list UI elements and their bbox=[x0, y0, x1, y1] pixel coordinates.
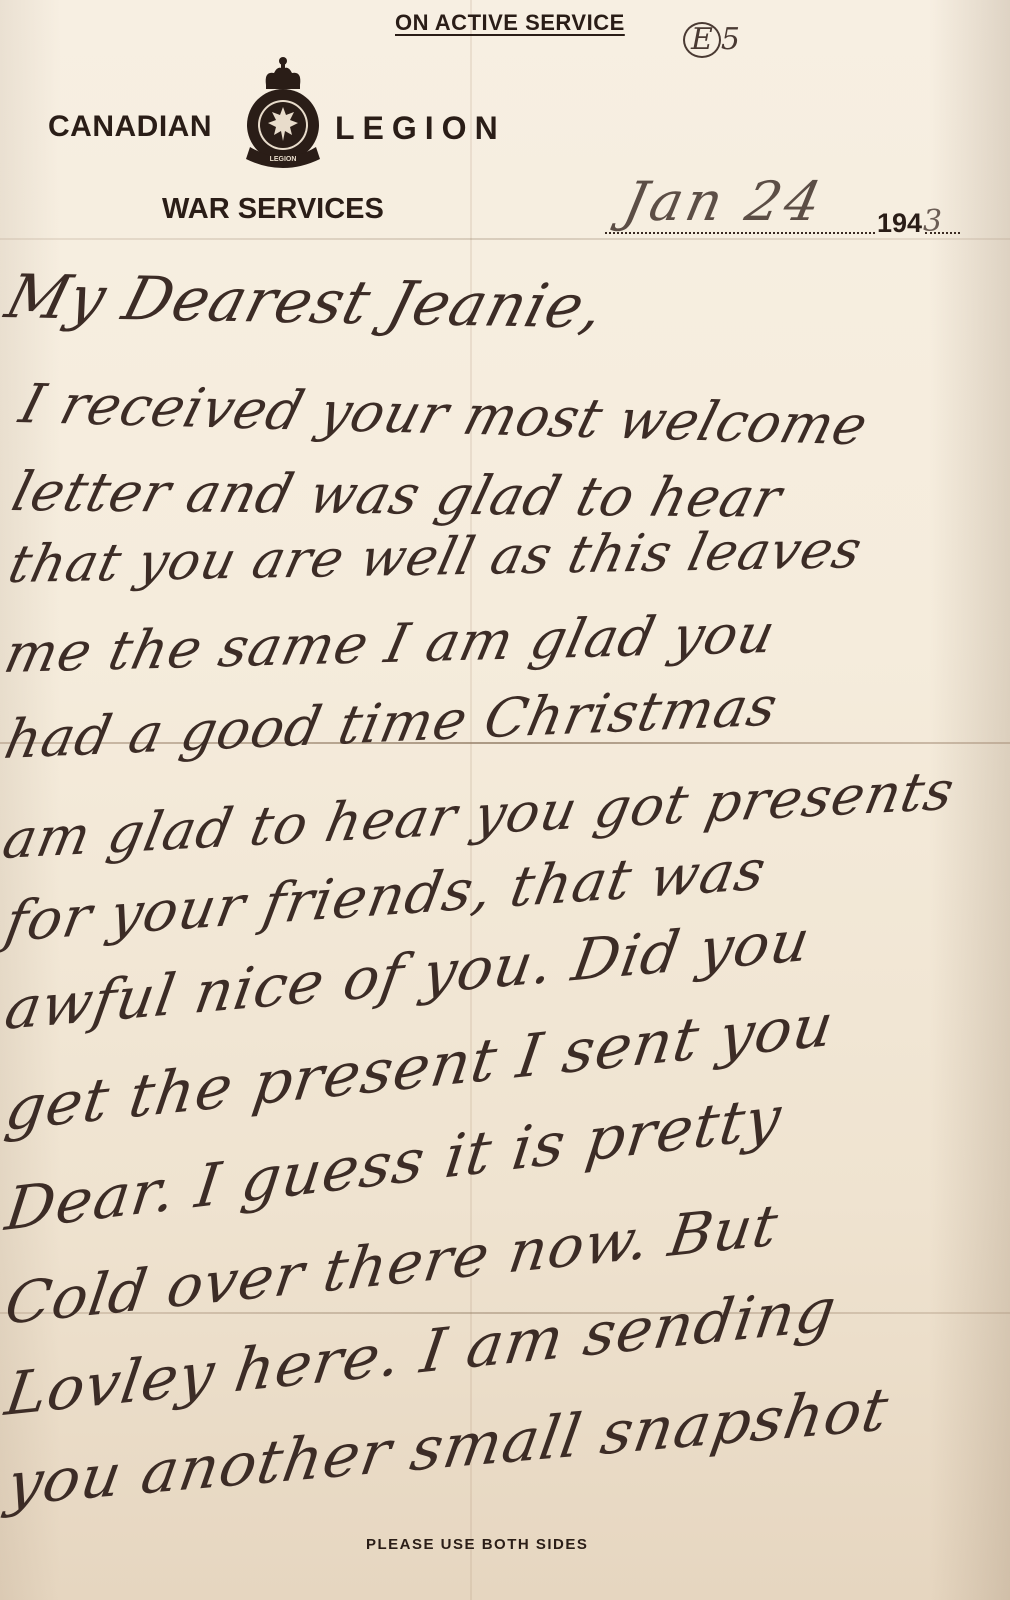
subtitle-war-services: WAR SERVICES bbox=[162, 193, 384, 226]
letter-line: had a good time Christmas bbox=[0, 675, 783, 771]
reference-mark-number: 5 bbox=[721, 22, 740, 57]
reference-mark: E5 bbox=[683, 22, 740, 58]
letter-page: ON ACTIVE SERVICE E5 CANADIAN LEGION LEG… bbox=[0, 0, 1010, 1600]
letter-line: that you are well as this leaves bbox=[3, 520, 868, 595]
letter-line: am glad to hear you got presents bbox=[0, 759, 960, 871]
salutation: My Dearest Jeanie, bbox=[0, 262, 612, 342]
footer-please-use-both-sides: PLEASE USE BOTH SIDES bbox=[366, 1536, 588, 1553]
date-line: Jan 24 194 3 bbox=[605, 200, 960, 240]
date-handwritten: Jan 24 bbox=[618, 170, 830, 233]
crowned-badge-maple-leaf-icon: LEGION bbox=[238, 55, 328, 173]
reference-mark-circled: E bbox=[683, 22, 721, 58]
org-name-left: CANADIAN bbox=[48, 110, 212, 144]
letter-line: I received your most welcome bbox=[13, 372, 875, 457]
letter-line: me the same I am glad you bbox=[0, 602, 782, 685]
emblem-scroll-text: LEGION bbox=[270, 156, 297, 163]
year-printed: 194 bbox=[877, 208, 922, 239]
org-name-right: LEGION bbox=[335, 110, 506, 147]
letter-line: letter and was glad to hear bbox=[6, 460, 789, 530]
year-dotted-line bbox=[925, 232, 960, 234]
on-active-service-banner: ON ACTIVE SERVICE bbox=[395, 10, 625, 36]
